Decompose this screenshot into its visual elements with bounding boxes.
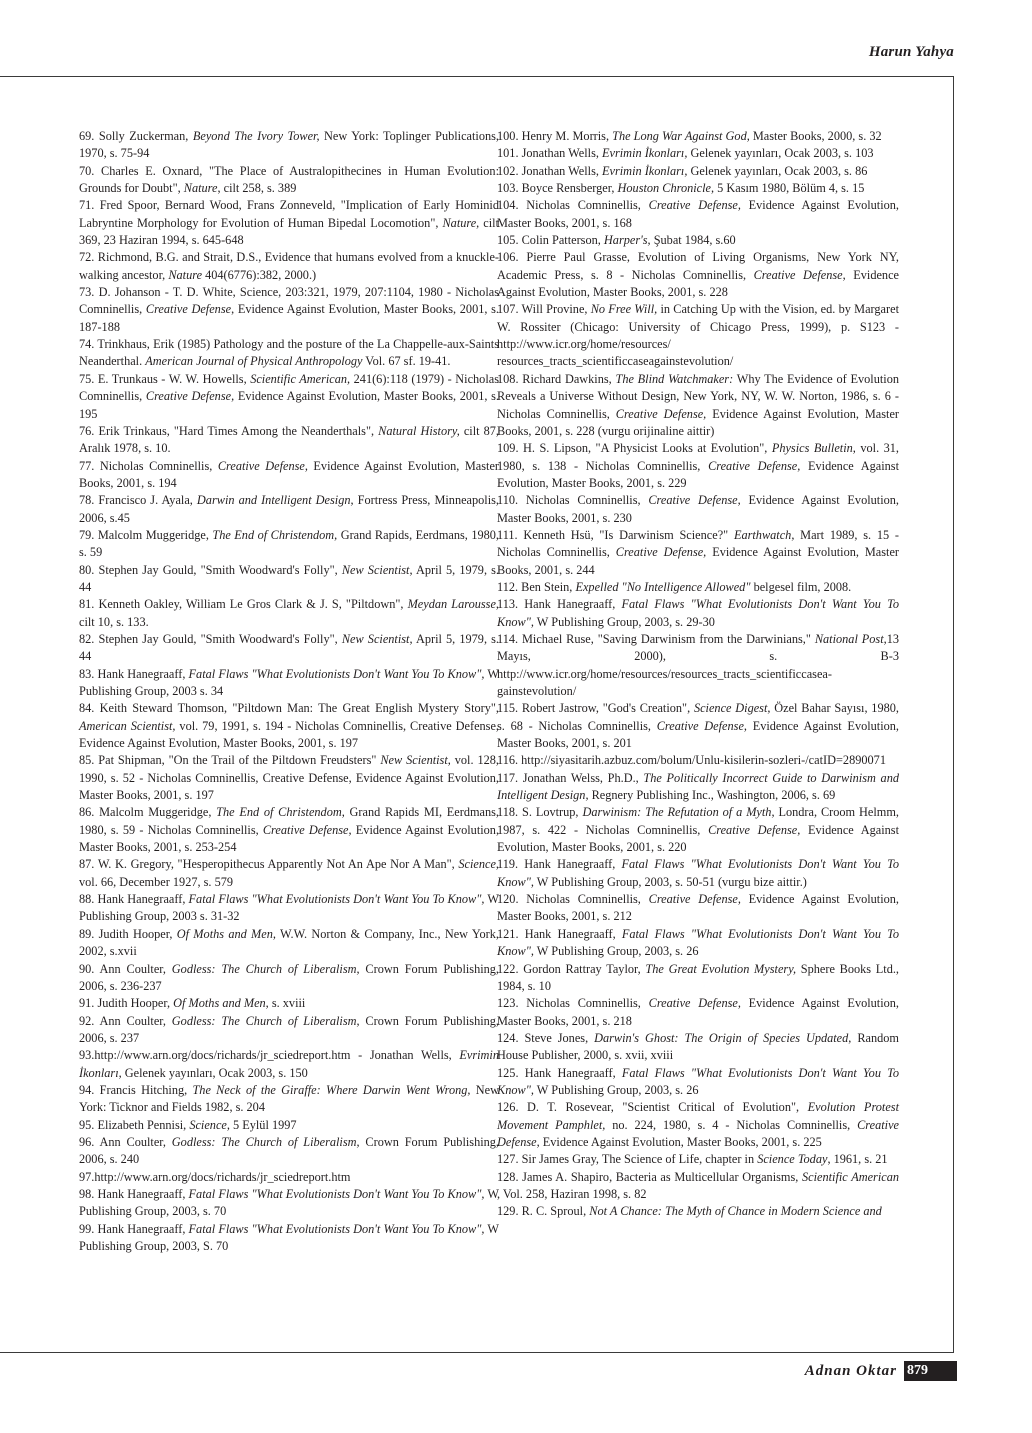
reference-item: 82. Stephen Jay Gould, "Smith Woodward's… bbox=[79, 631, 499, 666]
reference-title: Evrimin İkonları, bbox=[602, 164, 687, 178]
reference-title: Nature bbox=[184, 181, 218, 195]
reference-title: New Scientist, bbox=[342, 563, 413, 577]
reference-text: 78. Francisco J. Ayala, bbox=[79, 493, 197, 507]
reference-item: 75. E. Trunkaus - W. W. Howells, Scienti… bbox=[79, 371, 499, 423]
reference-item: 112. Ben Stein, Expelled "No Intelligenc… bbox=[497, 579, 899, 596]
reference-title: The End of Christendom, bbox=[216, 805, 345, 819]
reference-text: W Publishing Group, 2003, s. 26 bbox=[534, 944, 699, 958]
reference-title: Creative Defense, bbox=[649, 198, 741, 212]
reference-text: 99. Hank Hanegraaff, bbox=[79, 1222, 189, 1236]
reference-item: 121. Hank Hanegraaff, Fatal Flaws "What … bbox=[497, 926, 899, 961]
reference-item: 77. Nicholas Comninellis, Creative Defen… bbox=[79, 458, 499, 493]
reference-title: The Long War Against God, bbox=[612, 129, 750, 143]
reference-text: 103. Boyce Rensberger, bbox=[497, 181, 618, 195]
reference-text: 104. Nicholas Comninellis, bbox=[497, 198, 649, 212]
reference-text: belgesel film, 2008. bbox=[751, 580, 852, 594]
reference-item: 92. Ann Coulter, Godless: The Church of … bbox=[79, 1013, 499, 1048]
reference-text: 90. Ann Coulter, bbox=[79, 962, 172, 976]
reference-text: 77. Nicholas Comninellis, bbox=[79, 459, 218, 473]
reference-text: 127. Sir James Gray, The Science of Life… bbox=[497, 1152, 757, 1166]
reference-text: vol. 66, December 1927, s. 579 bbox=[79, 875, 233, 889]
reference-title: The Neck of the Giraffe: Where Darwin We… bbox=[192, 1083, 470, 1097]
reference-title: Scientific American bbox=[802, 1170, 899, 1184]
reference-text: W Publishing Group, 2003, s. 29-30 bbox=[534, 615, 715, 629]
reference-title: Houston Chronicle, bbox=[618, 181, 715, 195]
reference-item: 113. Hank Hanegraaff, Fatal Flaws "What … bbox=[497, 596, 899, 631]
reference-title: Beyond The Ivory Tower, bbox=[193, 129, 320, 143]
reference-text: 79. Malcolm Muggeridge, bbox=[79, 528, 212, 542]
reference-item: 117. Jonathan Welss, Ph.D., The Politica… bbox=[497, 770, 899, 805]
reference-text: 94. Francis Hitching, bbox=[79, 1083, 192, 1097]
reference-item: 85. Pat Shipman, "On the Trail of the Pi… bbox=[79, 752, 499, 804]
reference-title: Fatal Flaws "What Evolutionists Don't Wa… bbox=[189, 1187, 485, 1201]
reference-item: 127. Sir James Gray, The Science of Life… bbox=[497, 1151, 899, 1168]
reference-item: 76. Erik Trinkaus, "Hard Times Among the… bbox=[79, 423, 499, 458]
reference-title: Natural History, bbox=[378, 424, 460, 438]
reference-title: Evrimin İkonları, bbox=[602, 146, 687, 160]
reference-text: 114. Michael Ruse, "Saving Darwinism fro… bbox=[497, 632, 815, 646]
reference-item: 78. Francisco J. Ayala, Darwin and Intel… bbox=[79, 492, 499, 527]
reference-text: 69. Solly Zuckerman, bbox=[79, 129, 193, 143]
reference-item: 124. Steve Jones, Darwin's Ghost: The Or… bbox=[497, 1030, 899, 1065]
reference-text: 88. Hank Hanegraaff, bbox=[79, 892, 189, 906]
reference-text: Master Books, 2000, s. 32 bbox=[750, 129, 882, 143]
reference-text: s. xviii bbox=[269, 996, 306, 1010]
reference-text: 118. S. Lovtrup, bbox=[497, 805, 582, 819]
reference-item: 108. Richard Dawkins, The Blind Watchmak… bbox=[497, 371, 899, 440]
reference-title: American Journal of Physical Anthropolog… bbox=[145, 354, 362, 368]
reference-text: Evidence Against Evolution, Master Books… bbox=[540, 1135, 822, 1149]
reference-text: 109. H. S. Lipson, "A Physicist Looks at… bbox=[497, 441, 772, 455]
reference-title: Creative Defense, bbox=[754, 268, 846, 282]
reference-text: 75. E. Trunkaus - W. W. Howells, bbox=[79, 372, 250, 386]
reference-title: Creative Defense, bbox=[649, 892, 741, 906]
reference-text: 83. Hank Hanegraaff, bbox=[79, 667, 189, 681]
reference-text: Gelenek yayınları, Ocak 2003, s. 103 bbox=[687, 146, 873, 160]
reference-text: 89. Judith Hooper, bbox=[79, 927, 177, 941]
reference-title: Creative Defense, bbox=[263, 823, 352, 837]
reference-item: 83. Hank Hanegraaff, Fatal Flaws "What E… bbox=[79, 666, 499, 701]
reference-text: 87. W. K. Gregory, "Hesperopithecus Appa… bbox=[79, 857, 458, 871]
reference-text: Gelenek yayınları, Ocak 2003, s. 150 bbox=[122, 1066, 308, 1080]
reference-title: Science Today bbox=[757, 1152, 827, 1166]
reference-item: 115. Robert Jastrow, "God's Creation", S… bbox=[497, 700, 899, 752]
reference-title: Nature, bbox=[442, 216, 479, 230]
reference-text: cilt 10, s. 133. bbox=[79, 615, 149, 629]
reference-text: 97.http://www.arn.org/docs/richards/jr_s… bbox=[79, 1170, 351, 1184]
reference-title: Fatal Flaws "What Evolutionists Don't Wa… bbox=[189, 667, 485, 681]
reference-text: 84. Keith Steward Thomson, "Piltdown Man… bbox=[79, 701, 499, 715]
reference-title: Creative Defense bbox=[146, 302, 231, 316]
reference-item: 128. James A. Shapiro, Bacteria as Multi… bbox=[497, 1169, 899, 1204]
reference-title: Creative Defense, bbox=[708, 459, 800, 473]
reference-text: 92. Ann Coulter, bbox=[79, 1014, 172, 1028]
reference-item: 91. Judith Hooper, Of Moths and Men, s. … bbox=[79, 995, 499, 1012]
reference-item: 94. Francis Hitching, The Neck of the Gi… bbox=[79, 1082, 499, 1117]
reference-title: Expelled "No Intelligence Allowed" bbox=[575, 580, 750, 594]
reference-text: 91. Judith Hooper, bbox=[79, 996, 173, 1010]
page-number: 879 bbox=[904, 1361, 957, 1381]
reference-text: Gelenek yayınları, Ocak 2003, s. 86 bbox=[687, 164, 867, 178]
reference-text: 111. Kenneth Hsü, "Is Darwinism Science?… bbox=[497, 528, 734, 542]
reference-item: 96. Ann Coulter, Godless: The Church of … bbox=[79, 1134, 499, 1169]
reference-item: 87. W. K. Gregory, "Hesperopithecus Appa… bbox=[79, 856, 499, 891]
reference-title: Creative Defense, bbox=[708, 823, 800, 837]
reference-title: Creative Defense, bbox=[218, 459, 308, 473]
reference-item: 105. Colin Patterson, Harper's, Şubat 19… bbox=[497, 232, 899, 249]
reference-item: 93.http://www.arn.org/docs/richards/jr_s… bbox=[79, 1047, 499, 1082]
reference-item: 107. Will Provine, No Free Will, in Catc… bbox=[497, 301, 899, 370]
reference-text: 100. Henry M. Morris, bbox=[497, 129, 612, 143]
reference-title: Fatal Flaws "What Evolutionists Don't Wa… bbox=[189, 892, 485, 906]
reference-text: W Publishing Group, 2003, s. 50-51 (vurg… bbox=[534, 875, 807, 889]
reference-item: 102. Jonathan Wells, Evrimin İkonları, G… bbox=[497, 163, 899, 180]
reference-title: Godless: The Church of Liberalism, bbox=[172, 1014, 360, 1028]
reference-item: 104. Nicholas Comninellis, Creative Defe… bbox=[497, 197, 899, 232]
reference-text: 98. Hank Hanegraaff, bbox=[79, 1187, 189, 1201]
reference-item: 114. Michael Ruse, "Saving Darwinism fro… bbox=[497, 631, 899, 700]
reference-text: 71. Fred Spoor, Bernard Wood, Frans Zonn… bbox=[79, 198, 499, 229]
reference-text: , Vol. 258, Haziran 1998, s. 82 bbox=[497, 1187, 647, 1201]
reference-text: 404(6776):382, 2000.) bbox=[202, 268, 316, 282]
reference-item: 84. Keith Steward Thomson, "Piltdown Man… bbox=[79, 700, 499, 752]
reference-title: Darwinism: The Refutation of a Myth, bbox=[582, 805, 774, 819]
reference-item: 98. Hank Hanegraaff, Fatal Flaws "What E… bbox=[79, 1186, 499, 1221]
reference-title: National Post, bbox=[815, 632, 887, 646]
reference-text: 81. Kenneth Oakley, William Le Gros Clar… bbox=[79, 597, 408, 611]
reference-item: 88. Hank Hanegraaff, Fatal Flaws "What E… bbox=[79, 891, 499, 926]
reference-item: 99. Hank Hanegraaff, Fatal Flaws "What E… bbox=[79, 1221, 499, 1256]
reference-text: 119. Hank Hanegraaff, bbox=[497, 857, 622, 871]
reference-text: 121. Hank Hanegraaff, bbox=[497, 927, 622, 941]
reference-item: 86. Malcolm Muggeridge, The End of Chris… bbox=[79, 804, 499, 856]
reference-text: 123. Nicholas Comninellis, bbox=[497, 996, 649, 1010]
reference-item: 73. D. Johanson - T. D. White, Science, … bbox=[79, 284, 499, 336]
reference-title: New Scientist, bbox=[342, 632, 413, 646]
reference-text: 122. Gordon Rattray Taylor, bbox=[497, 962, 645, 976]
reference-text: 107. Will Provine, bbox=[497, 302, 591, 316]
reference-text: , cilt 258, s. 389 bbox=[217, 181, 296, 195]
reference-title: Not A Chance: The Myth of Chance in Mode… bbox=[589, 1204, 882, 1218]
reference-item: 110. Nicholas Comninellis, Creative Defe… bbox=[497, 492, 899, 527]
reference-item: 119. Hank Hanegraaff, Fatal Flaws "What … bbox=[497, 856, 899, 891]
reference-text: Regnery Publishing Inc., Washington, 200… bbox=[589, 788, 836, 802]
reference-title: The Great Evolution Mystery, bbox=[645, 962, 796, 976]
reference-item: 111. Kenneth Hsü, "Is Darwinism Science?… bbox=[497, 527, 899, 579]
reference-title: Godless: The Church of Liberalism, bbox=[172, 1135, 360, 1149]
reference-text: 108. Richard Dawkins, bbox=[497, 372, 615, 386]
reference-item: 95. Elizabeth Pennisi, Science, 5 Eylül … bbox=[79, 1117, 499, 1134]
reference-text: 80. Stephen Jay Gould, "Smith Woodward's… bbox=[79, 563, 342, 577]
reference-text: 105. Colin Patterson, bbox=[497, 233, 604, 247]
reference-title: Creative Defense, bbox=[648, 493, 740, 507]
reference-text: 120. Nicholas Comninellis, bbox=[497, 892, 649, 906]
reference-text: no. 224, 1980, s. 4 - Nicholas Comninell… bbox=[605, 1118, 857, 1132]
reference-item: 120. Nicholas Comninellis, Creative Defe… bbox=[497, 891, 899, 926]
reference-title: Creative Defense, bbox=[657, 719, 747, 733]
reference-item: 79. Malcolm Muggeridge, The End of Chris… bbox=[79, 527, 499, 562]
reference-text: 93.http://www.arn.org/docs/richards/jr_s… bbox=[79, 1048, 459, 1062]
reference-text: 113. Hank Hanegraaff, bbox=[497, 597, 622, 611]
reference-text: 5 Eylül 1997 bbox=[230, 1118, 297, 1132]
reference-item: 123. Nicholas Comninellis, Creative Defe… bbox=[497, 995, 899, 1030]
reference-text: Şubat 1984, s.60 bbox=[651, 233, 736, 247]
reference-title: The Blind Watchmaker: bbox=[615, 372, 733, 386]
reference-title: Creative Defense, bbox=[616, 407, 707, 421]
reference-title: Creative Defense, bbox=[616, 545, 707, 559]
reference-title: Of Moths and Men, bbox=[177, 927, 276, 941]
reference-text: 115. Robert Jastrow, "God's Creation", bbox=[497, 701, 694, 715]
reference-text: 117. Jonathan Welss, Ph.D., bbox=[497, 771, 643, 785]
reference-title: Godless: The Church of Liberalism, bbox=[172, 962, 360, 976]
reference-item: 89. Judith Hooper, Of Moths and Men, W.W… bbox=[79, 926, 499, 961]
reference-text: 128. James A. Shapiro, Bacteria as Multi… bbox=[497, 1170, 802, 1184]
page-footer: Adnan Oktar 879 bbox=[805, 1361, 957, 1381]
reference-item: 122. Gordon Rattray Taylor, The Great Ev… bbox=[497, 961, 899, 996]
reference-text: 5 Kasım 1980, Bölüm 4, s. 15 bbox=[714, 181, 864, 195]
reference-text: 112. Ben Stein, bbox=[497, 580, 575, 594]
reference-text: 85. Pat Shipman, "On the Trail of the Pi… bbox=[79, 753, 380, 767]
reference-item: 71. Fred Spoor, Bernard Wood, Frans Zonn… bbox=[79, 197, 499, 249]
reference-text: 82. Stephen Jay Gould, "Smith Woodward's… bbox=[79, 632, 342, 646]
reference-item: 72. Richmond, B.G. and Strait, D.S., Evi… bbox=[79, 249, 499, 284]
reference-text: 96. Ann Coulter, bbox=[79, 1135, 172, 1149]
reference-text: 86. Malcolm Muggeridge, bbox=[79, 805, 216, 819]
reference-item: 129. R. C. Sproul, Not A Chance: The Myt… bbox=[497, 1203, 899, 1220]
reference-item: 103. Boyce Rensberger, Houston Chronicle… bbox=[497, 180, 899, 197]
reference-item: 74. Trinkhaus, Erik (1985) Pathology and… bbox=[79, 336, 499, 371]
reference-item: 69. Solly Zuckerman, Beyond The Ivory To… bbox=[79, 128, 499, 163]
reference-text: 102. Jonathan Wells, bbox=[497, 164, 602, 178]
reference-text: Vol. 67 sf. 19-41. bbox=[362, 354, 450, 368]
reference-title: Scientific American, bbox=[250, 372, 350, 386]
reference-title: Physics Bulletin, bbox=[772, 441, 856, 455]
reference-title: Harper's, bbox=[604, 233, 651, 247]
reference-item: 90. Ann Coulter, Godless: The Church of … bbox=[79, 961, 499, 996]
reference-title: Nature bbox=[168, 268, 202, 282]
reference-title: No Free Will, bbox=[591, 302, 657, 316]
reference-text: 126. D. T. Rosevear, "Scientist Critical… bbox=[497, 1100, 808, 1114]
reference-text: , 1961, s. 21 bbox=[827, 1152, 887, 1166]
running-head: Harun Yahya bbox=[869, 44, 954, 61]
reference-item: 97.http://www.arn.org/docs/richards/jr_s… bbox=[79, 1169, 499, 1186]
reference-title: Darwin's Ghost: The Origin of Species Up… bbox=[594, 1031, 848, 1045]
reference-text: 116. http://siyasitarih.azbuz.com/bolum/… bbox=[497, 753, 886, 767]
reference-text: W Publishing Group, 2003, s. 26 bbox=[534, 1083, 699, 1097]
reference-title: Creative Defense, bbox=[146, 389, 234, 403]
reference-item: 70. Charles E. Oxnard, "The Place of Aus… bbox=[79, 163, 499, 198]
reference-item: 101. Jonathan Wells, Evrimin İkonları, G… bbox=[497, 145, 899, 162]
reference-title: Earthwatch, bbox=[734, 528, 794, 542]
reference-item: 100. Henry M. Morris, The Long War Again… bbox=[497, 128, 899, 145]
reference-text: 129. R. C. Sproul, bbox=[497, 1204, 589, 1218]
reference-title: Of Moths and Men, bbox=[173, 996, 269, 1010]
reference-item: 80. Stephen Jay Gould, "Smith Woodward's… bbox=[79, 562, 499, 597]
reference-title: Science, bbox=[458, 857, 499, 871]
reference-title: Fatal Flaws "What Evolutionists Don't Wa… bbox=[189, 1222, 485, 1236]
reference-item: 125. Hank Hanegraaff, Fatal Flaws "What … bbox=[497, 1065, 899, 1100]
reference-text: 125. Hank Hanegraaff, bbox=[497, 1066, 622, 1080]
reference-text: 101. Jonathan Wells, bbox=[497, 146, 602, 160]
reference-title: The End of Christendom, bbox=[212, 528, 337, 542]
reference-title: Darwin and Intelligent Design, bbox=[197, 493, 354, 507]
reference-item: 126. D. T. Rosevear, "Scientist Critical… bbox=[497, 1099, 899, 1151]
reference-title: Meydan Larousse, bbox=[408, 597, 499, 611]
reference-title: Science Digest, bbox=[694, 701, 771, 715]
reference-text: 76. Erik Trinkaus, "Hard Times Among the… bbox=[79, 424, 378, 438]
references-column-right: 100. Henry M. Morris, The Long War Again… bbox=[497, 128, 899, 1221]
reference-title: American Scientist, bbox=[79, 719, 175, 733]
reference-item: 106. Pierre Paul Grasse, Evolution of Li… bbox=[497, 249, 899, 301]
reference-text: 110. Nicholas Comninellis, bbox=[497, 493, 648, 507]
reference-title: Creative Defense, bbox=[649, 996, 741, 1010]
reference-title: New Scientist, bbox=[380, 753, 451, 767]
footer-author: Adnan Oktar bbox=[805, 1363, 897, 1380]
reference-text: 124. Steve Jones, bbox=[497, 1031, 594, 1045]
reference-item: 116. http://siyasitarih.azbuz.com/bolum/… bbox=[497, 752, 899, 769]
reference-item: 118. S. Lovtrup, Darwinism: The Refutati… bbox=[497, 804, 899, 856]
reference-item: 109. H. S. Lipson, "A Physicist Looks at… bbox=[497, 440, 899, 492]
reference-item: 81. Kenneth Oakley, William Le Gros Clar… bbox=[79, 596, 499, 631]
reference-title: Science, bbox=[189, 1118, 230, 1132]
references-column-left: 69. Solly Zuckerman, Beyond The Ivory To… bbox=[79, 128, 499, 1255]
reference-text: 95. Elizabeth Pennisi, bbox=[79, 1118, 189, 1132]
